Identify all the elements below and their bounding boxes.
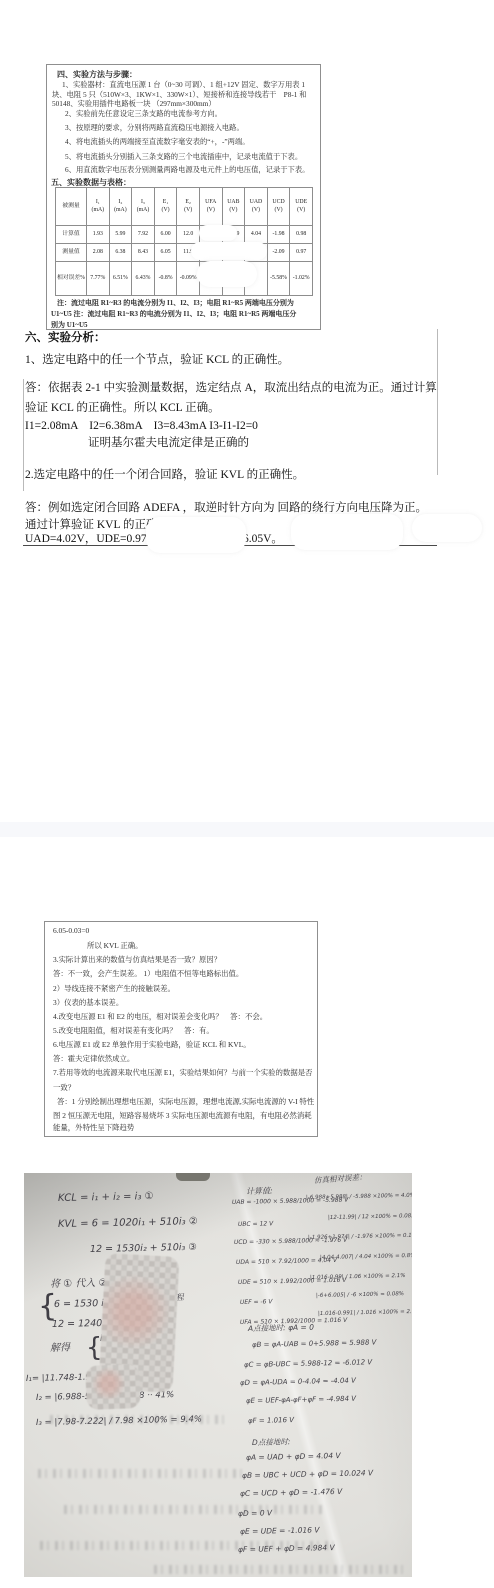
cell: 7.77% <box>87 262 110 296</box>
analysis-kvl-values-left: UAD=4.02V，UDE=0.97 <box>25 530 147 546</box>
col-header: UAD <box>245 199 267 206</box>
qa-line: 所以 KVL 正确。 <box>87 940 143 951</box>
step-6: 6、用直流数字电压表分别测量两路电源及电元件上的电压值，记录于下表。 <box>65 165 309 175</box>
hw-ground-a-line: φF = 1.016 V <box>248 1416 294 1425</box>
analysis-kcl-conclusion: 证明基尔霍夫电流定律是正确的 <box>88 434 249 450</box>
table-header-row: 被测量 I₁(mA) I₂(mA) I₃(mA) E₁(V) E₂(V) UFA… <box>56 188 313 226</box>
col-unit: (V) <box>223 207 245 214</box>
methods-scan-box: 四、实验方法与步骤： 1、实验器材：直流电压源 1 台（0~30 可调）、1 组… <box>46 64 321 330</box>
hw-ground-d-line: φA = UAD + φD = 4.04 V <box>246 1451 341 1462</box>
censor-blob-table-2 <box>191 242 267 260</box>
col-header: UDE <box>290 199 312 206</box>
hw-solve-label: 解得 <box>50 1339 70 1354</box>
analysis-a2-line1: 答：例如选定闭合回路 ADEFA ，取逆时针方向为 回路的绕行方向电压降为正。 <box>25 499 427 515</box>
col-unit: (V) <box>245 207 267 214</box>
cell: 0.97 <box>290 244 313 262</box>
cell: -2.09 <box>267 244 290 262</box>
page: 四、实验方法与步骤： 1、实验器材：直流电压源 1 台（0~30 可调）、1 组… <box>0 0 494 1588</box>
cell: 6.38 <box>109 244 132 262</box>
qa-line: 3.实际计算出来的数值与仿真结果是否一致？原因？ <box>53 954 221 965</box>
right-rule <box>437 329 438 475</box>
cell: 6.51% <box>109 262 132 296</box>
hw-kvl-equation: KVL = 6 = 1020i₁ + 510i₃ ② <box>58 1216 198 1230</box>
cell: 6.00 <box>154 226 177 244</box>
left-rule <box>23 379 24 491</box>
cell: -1.98 <box>267 226 290 244</box>
qa-line: 图 2 恒压源无电阻，短路容易烧坏 3 实际电压源电流源有电阻，有电阻必然消耗 <box>53 1110 312 1121</box>
bleed-marks <box>154 1565 404 1574</box>
analysis-kvl-values-right: 6.05V。 <box>243 530 283 546</box>
hw-ground-a-line: φE = UEF-φA-φF+φF = -4.984 V <box>246 1395 356 1405</box>
col-unit: (V) <box>290 207 312 214</box>
table-row-relative-error: 相对误差% 7.77% 6.51% 6.43% -0.8% -0.09% -5.… <box>56 262 313 296</box>
cell: -1.02% <box>290 262 313 296</box>
measurement-table: 被测量 I₁(mA) I₂(mA) I₃(mA) E₁(V) E₂(V) UFA… <box>55 187 313 296</box>
hw-error-line: |-6+6.005| / -6 ×100% = 0.08% <box>316 1291 404 1299</box>
censor-blob-text-3 <box>412 514 482 542</box>
methods-title: 四、实验方法与步骤： <box>57 69 137 80</box>
photo-edge-shadow <box>176 1173 210 1181</box>
censor-mosaic-small <box>85 1364 141 1410</box>
bleed-marks <box>40 1541 340 1550</box>
table-row-measured: 测量值 2.08 6.38 8.43 6.05 11.9 -2.09 0.97 <box>56 244 313 262</box>
hw-ground-a-title: A点接地时: φA = 0 <box>248 1322 314 1334</box>
hw-error-line: |-1.926+1.974| / -1.976 ×100% = 0.1% <box>308 1233 412 1241</box>
col-unit: (V) <box>155 207 177 214</box>
qa-line: 答：不一致，会产生误差。 1）电阻值不恒等电路标出值。 <box>53 968 243 979</box>
cell: -5.58% <box>267 262 290 296</box>
analysis-q2: 2.选定电路中的任一个闭合回路，验证 KVL 的正确性。 <box>25 466 304 482</box>
hw-ground-d-title: D点接地时: <box>252 1436 291 1448</box>
step-1: 1、实验器材：直流电压源 1 台（0~30 可调）、1 组+12V 固定、数字万… <box>52 80 314 109</box>
cell: 0.98 <box>290 226 313 244</box>
hw-ground-d-line: φB = UBC + UCD + φD = 10.024 V <box>242 1468 373 1480</box>
hw-ground-a-line: φB = φA-UAB = 0+5.988 = 5.988 V <box>252 1338 377 1349</box>
cell: 2.08 <box>87 244 110 262</box>
hw-equation-3: 12 = 1530i₂ + 510i₃ ③ <box>90 1242 197 1255</box>
cell: 1.93 <box>87 226 110 244</box>
handwritten-notes-photo: KCL = i₁ + i₂ = i₃ ① KVL = 6 = 1020i₁ + … <box>24 1173 412 1577</box>
row-label: 测量值 <box>56 244 87 262</box>
cell: -0.8% <box>154 262 177 296</box>
divider-band <box>0 822 494 837</box>
cell: 4.04 <box>245 226 268 244</box>
censor-blob-text-1 <box>146 517 246 553</box>
qa-line: 3）仪表的基本误差。 <box>53 997 123 1008</box>
cell: 5.99 <box>109 226 132 244</box>
hw-error-title: 仿真相对误差： <box>314 1173 367 1186</box>
col-header: E₂ <box>177 199 199 206</box>
censor-blob-table-3 <box>197 261 257 287</box>
col-header: 被测量 <box>56 203 86 210</box>
analysis-a1-line1: 答：依据表 2-1 中实验测量数据，选定结点 A，取流出结点的电流为正。通过计算 <box>25 379 437 395</box>
qa-line: 6.05-0.03=0 <box>53 926 89 935</box>
analysis-title: 六、实验分析： <box>25 329 106 345</box>
analysis-a1-line2: 验证 KCL 的正确性。所以 KCL 正确。 <box>25 399 220 415</box>
step-5: 5、将电流插头分别插入三条支路的三个电流插座中，记录电流值于下表。 <box>65 152 302 162</box>
table-row-calculated: 计算值 1.93 5.99 7.92 6.00 12.0 -5.99 4.04 … <box>56 226 313 244</box>
bleed-marks <box>50 1415 230 1424</box>
col-header: UCD <box>268 199 290 206</box>
hw-ground-a-line: φD = φA-UDA = 0-4.04 = -4.04 V <box>240 1377 356 1387</box>
col-unit: (V) <box>200 207 222 214</box>
hw-error-line: |1.016-0.99| / 1.06 ×100% = 2.1% <box>310 1273 406 1281</box>
col-unit: (V) <box>177 207 199 214</box>
col-unit: (mA) <box>132 207 154 214</box>
qa-line: 一致？ <box>53 1082 75 1093</box>
col-header: UFA <box>200 199 222 206</box>
hw-kcl-equation: KCL = i₁ + i₂ = i₃ ① <box>58 1191 154 1204</box>
hw-calc-title: 计算值: <box>246 1185 273 1197</box>
hw-calc-ubc: UBC = 12 V <box>238 1220 273 1228</box>
col-header: I₂ <box>110 199 132 206</box>
cell: 12.0 <box>177 226 200 244</box>
col-unit: (mA) <box>110 207 132 214</box>
bleed-marks <box>64 1505 324 1514</box>
censor-blob-table-1 <box>199 225 237 241</box>
col-header: UAB <box>223 199 245 206</box>
cell: 8.43 <box>132 244 155 262</box>
col-header: E₁ <box>155 199 177 206</box>
hw-error-line: |12-11.99| / 12 ×100% = 0.083% <box>328 1213 412 1221</box>
row-label: 计算值 <box>56 226 87 244</box>
qa-line: 5.改变电阻阻值，相对误差有变化吗？ 答：有。 <box>53 1025 214 1036</box>
censor-blob-text-2 <box>291 514 403 550</box>
qa-line: 能量，外特性呈下降趋势 <box>53 1122 134 1133</box>
hw-calc-uef: UEF = -6 V <box>240 1298 273 1306</box>
cell: 7.92 <box>132 226 155 244</box>
qa-line: 7.若用等效的电流源来取代电压源 E1，实验结果如何？与前一个实验的数据是否 <box>53 1067 313 1078</box>
qa-line: 6.电压源 E1 或 E2 单独作用于实验电路，验证 KCL 和 KVL。 <box>53 1039 251 1050</box>
table-note-line2: U1~U5 注：流过电阻 R1~R3 的电流分别为 I1、I2、I3；电阻 R1… <box>51 309 296 319</box>
cell: -0.09% <box>177 262 200 296</box>
hw-error-line: |4.04-4.007| / 4.04 ×100% = 0.8% <box>320 1253 412 1261</box>
qa-line: 4.改变电压源 E1 和 E2 的电压，相对误差会变化吗？ 答：不会。 <box>53 1011 267 1022</box>
qa-scan-box: 6.05-0.03=0 所以 KVL 正确。 3.实际计算出来的数值与仿真结果是… <box>44 921 318 1137</box>
cell: 6.43% <box>132 262 155 296</box>
step-2: 2、实验前先任意设定三条支路的电流参考方向。 <box>65 109 222 119</box>
row-label: 相对误差% <box>56 262 87 296</box>
hw-error-line: |-6.988+5.988| / -5.988 ×100% = 4.0% <box>306 1193 412 1201</box>
table-note-line1: 注：流过电阻 R1~R3 的电流分别为 I1、I2、I3；电阻 R1~R5 两端… <box>57 298 294 308</box>
col-unit: (mA) <box>87 207 109 214</box>
analysis-q1: 1、选定电路中的任一个节点，验证 KCL 的正确性。 <box>25 351 289 367</box>
col-unit: (V) <box>268 207 290 214</box>
qa-line: 答：1 分别绘制出理想电压源，实际电压源，理想电流源,实际电流源的 V-I 特性 <box>57 1096 314 1107</box>
cell: 6.05 <box>154 244 177 262</box>
bleed-marks <box>38 1469 248 1478</box>
col-header: I₃ <box>132 199 154 206</box>
analysis-kcl-currents: I1=2.08mA I2=6.38mA I3=8.43mA I3-I1-I2=0 <box>25 417 258 433</box>
hw-ground-a-line: φC = φB-UBC = 5.988-12 = -6.012 V <box>244 1358 372 1369</box>
qa-line: 答：霍夫定律依然成立。 <box>53 1053 134 1064</box>
hw-error-line: |1.016-0.991| / 1.016 ×100% = 2.1% <box>318 1309 412 1317</box>
step-3: 3、按原理的要求，分别将两路直流稳压电源接入电路。 <box>65 123 244 133</box>
col-header: I₁ <box>87 199 109 206</box>
step-4: 4、将电流插头的两端接至直流数字毫安表的“+，-”两端。 <box>65 137 250 147</box>
qa-line: 2）导线连接不紧密产生的接触误差。 <box>53 983 175 994</box>
hw-ground-d-line: φE = UDE = -1.016 V <box>240 1525 320 1536</box>
hw-ground-d-line: φC = UCD + φD = -1.476 V <box>240 1487 342 1498</box>
